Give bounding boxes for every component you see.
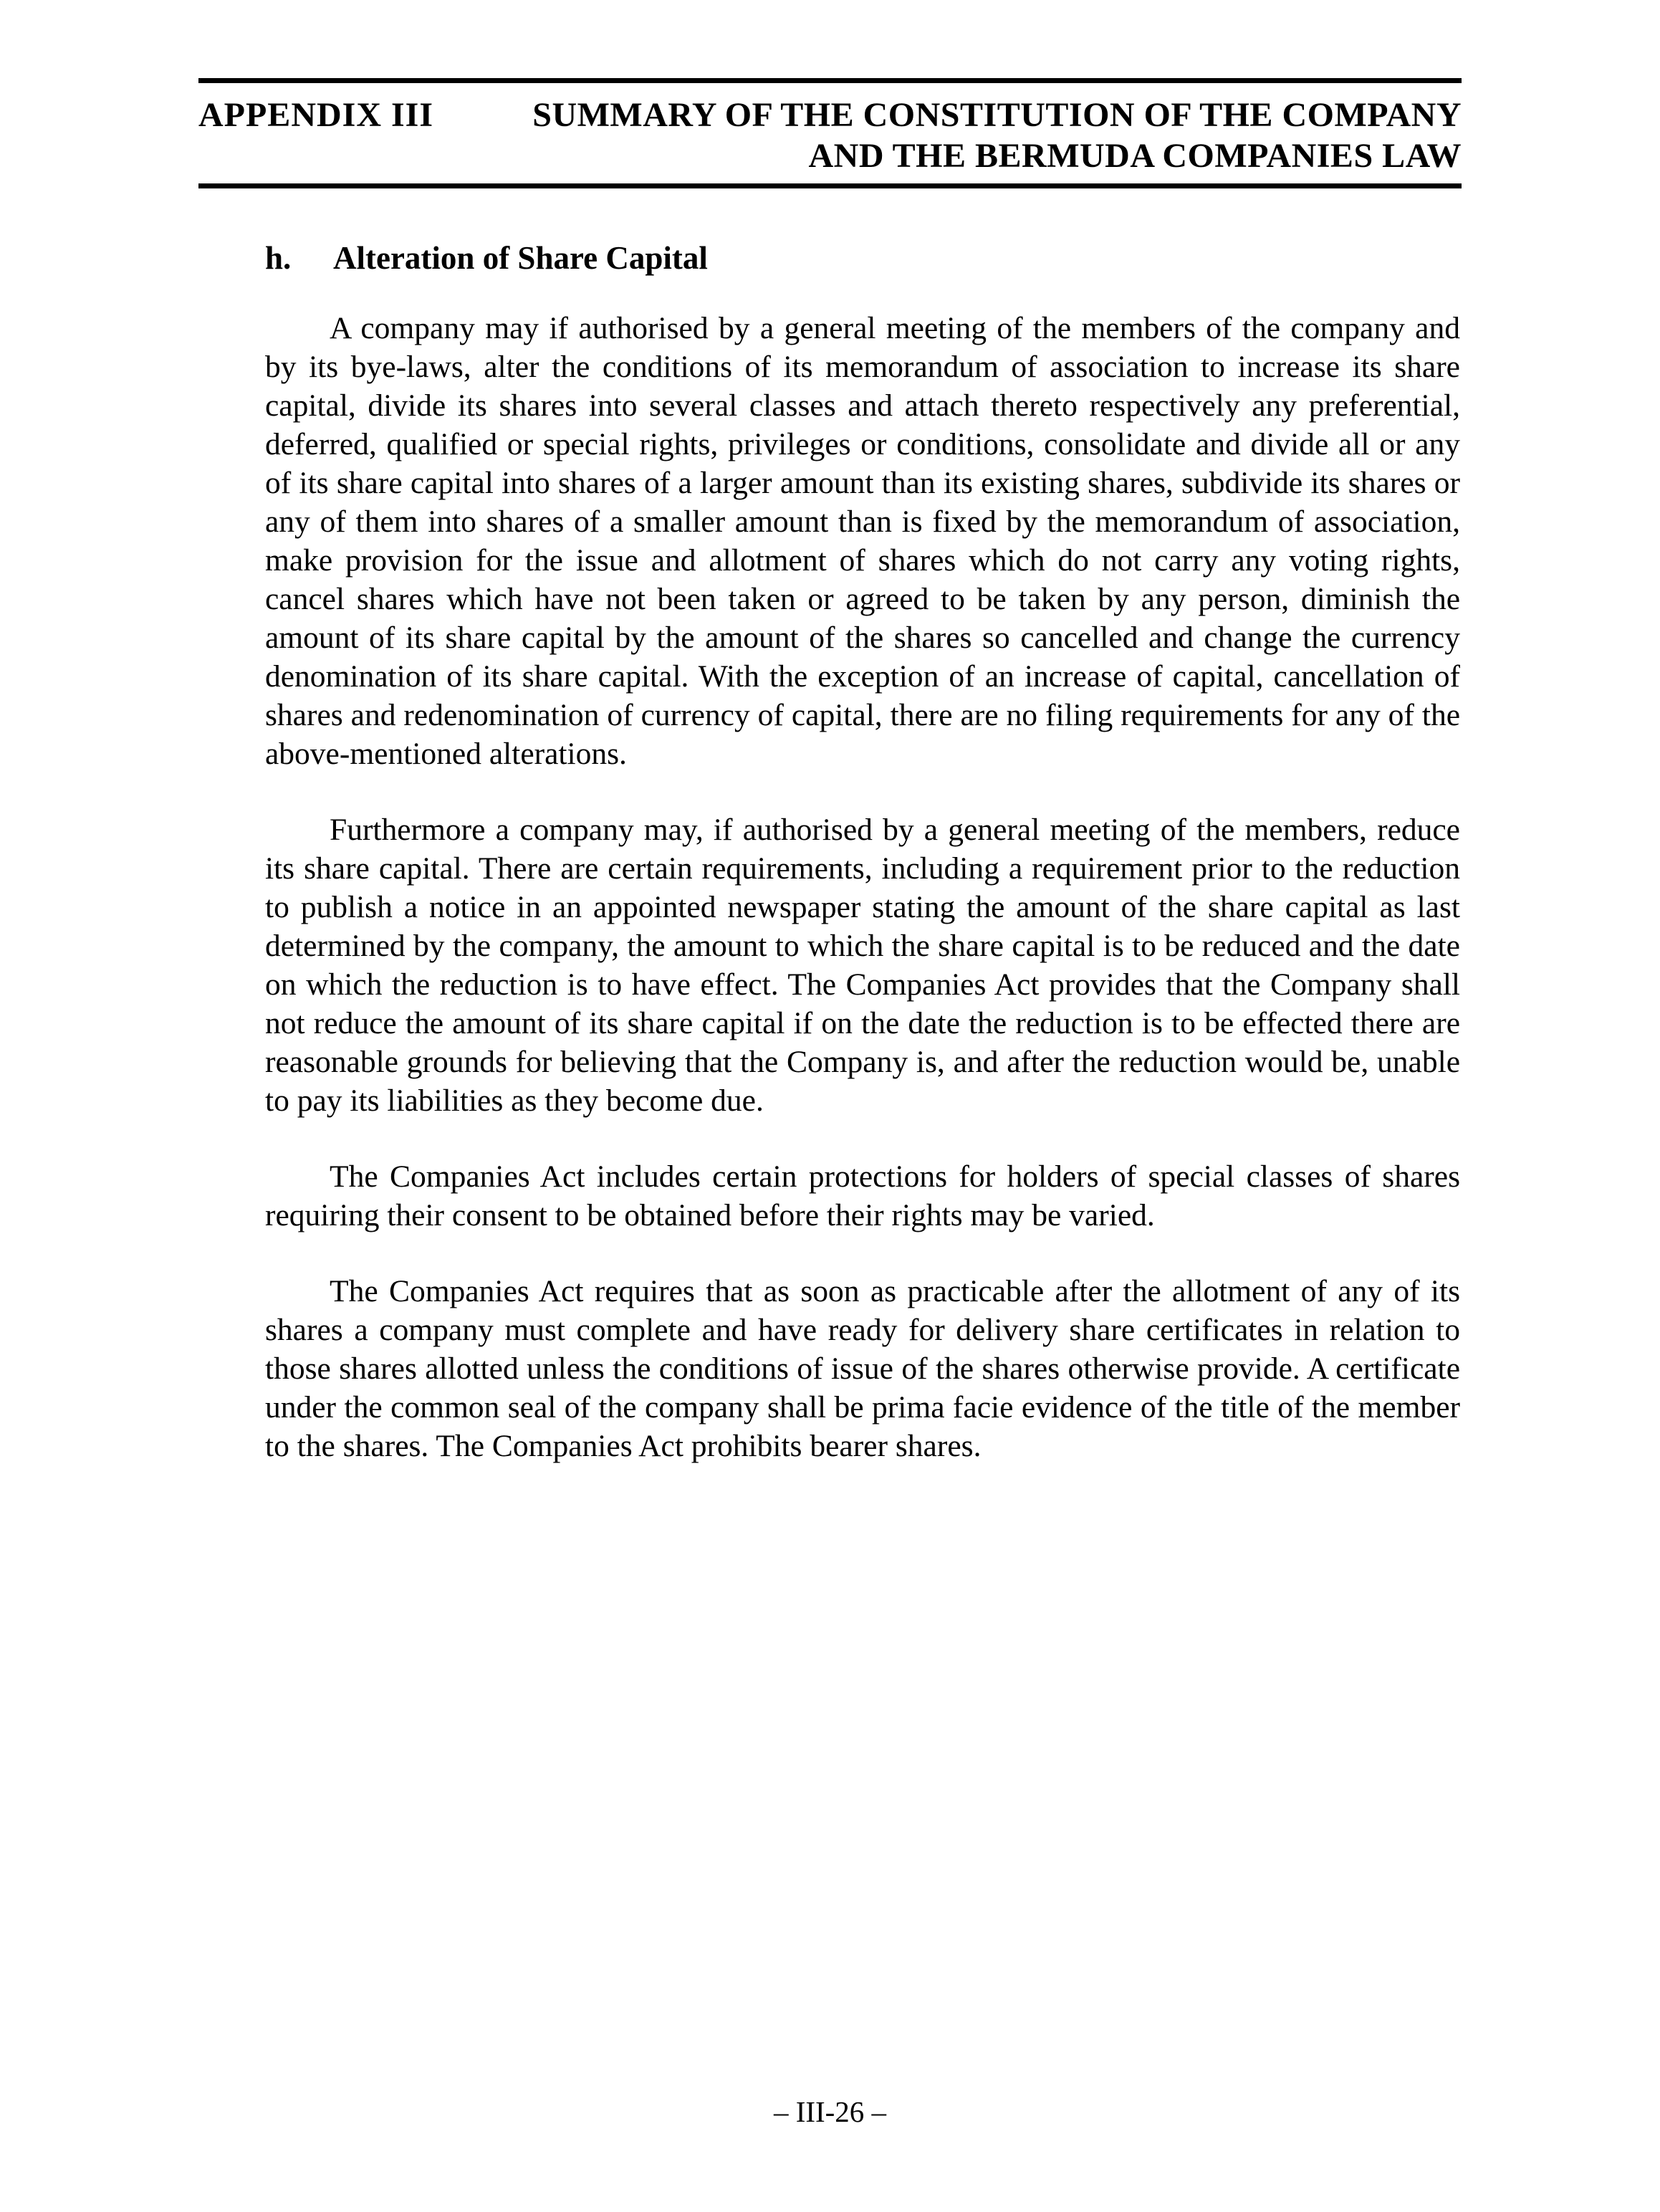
- document-page-content: APPENDIX III SUMMARY OF THE CONSTITUTION…: [198, 78, 1462, 1465]
- section-title: Alteration of Share Capital: [333, 239, 708, 277]
- document-body: h. Alteration of Share Capital A company…: [265, 239, 1460, 1465]
- paragraph-3: The Companies Act includes certain prote…: [265, 1157, 1460, 1235]
- paragraph-2: Furthermore a company may, if authorised…: [265, 810, 1460, 1120]
- paragraph-1: A company may if authorised by a general…: [265, 309, 1460, 773]
- appendix-header: APPENDIX III SUMMARY OF THE CONSTITUTION…: [198, 83, 1462, 183]
- appendix-label: APPENDIX III: [198, 95, 433, 135]
- document-title-line2: AND THE BERMUDA COMPANIES LAW: [532, 135, 1462, 176]
- document-title: SUMMARY OF THE CONSTITUTION OF THE COMPA…: [532, 95, 1462, 176]
- section-number: h.: [265, 239, 333, 277]
- section-heading: h. Alteration of Share Capital: [265, 239, 1460, 277]
- page-number: – III-26 –: [198, 2094, 1462, 2130]
- document-title-line1: SUMMARY OF THE CONSTITUTION OF THE COMPA…: [532, 95, 1462, 135]
- header-rule-bottom: [198, 183, 1462, 188]
- paragraph-4: The Companies Act requires that as soon …: [265, 1272, 1460, 1465]
- header-rule-top: [198, 78, 1462, 83]
